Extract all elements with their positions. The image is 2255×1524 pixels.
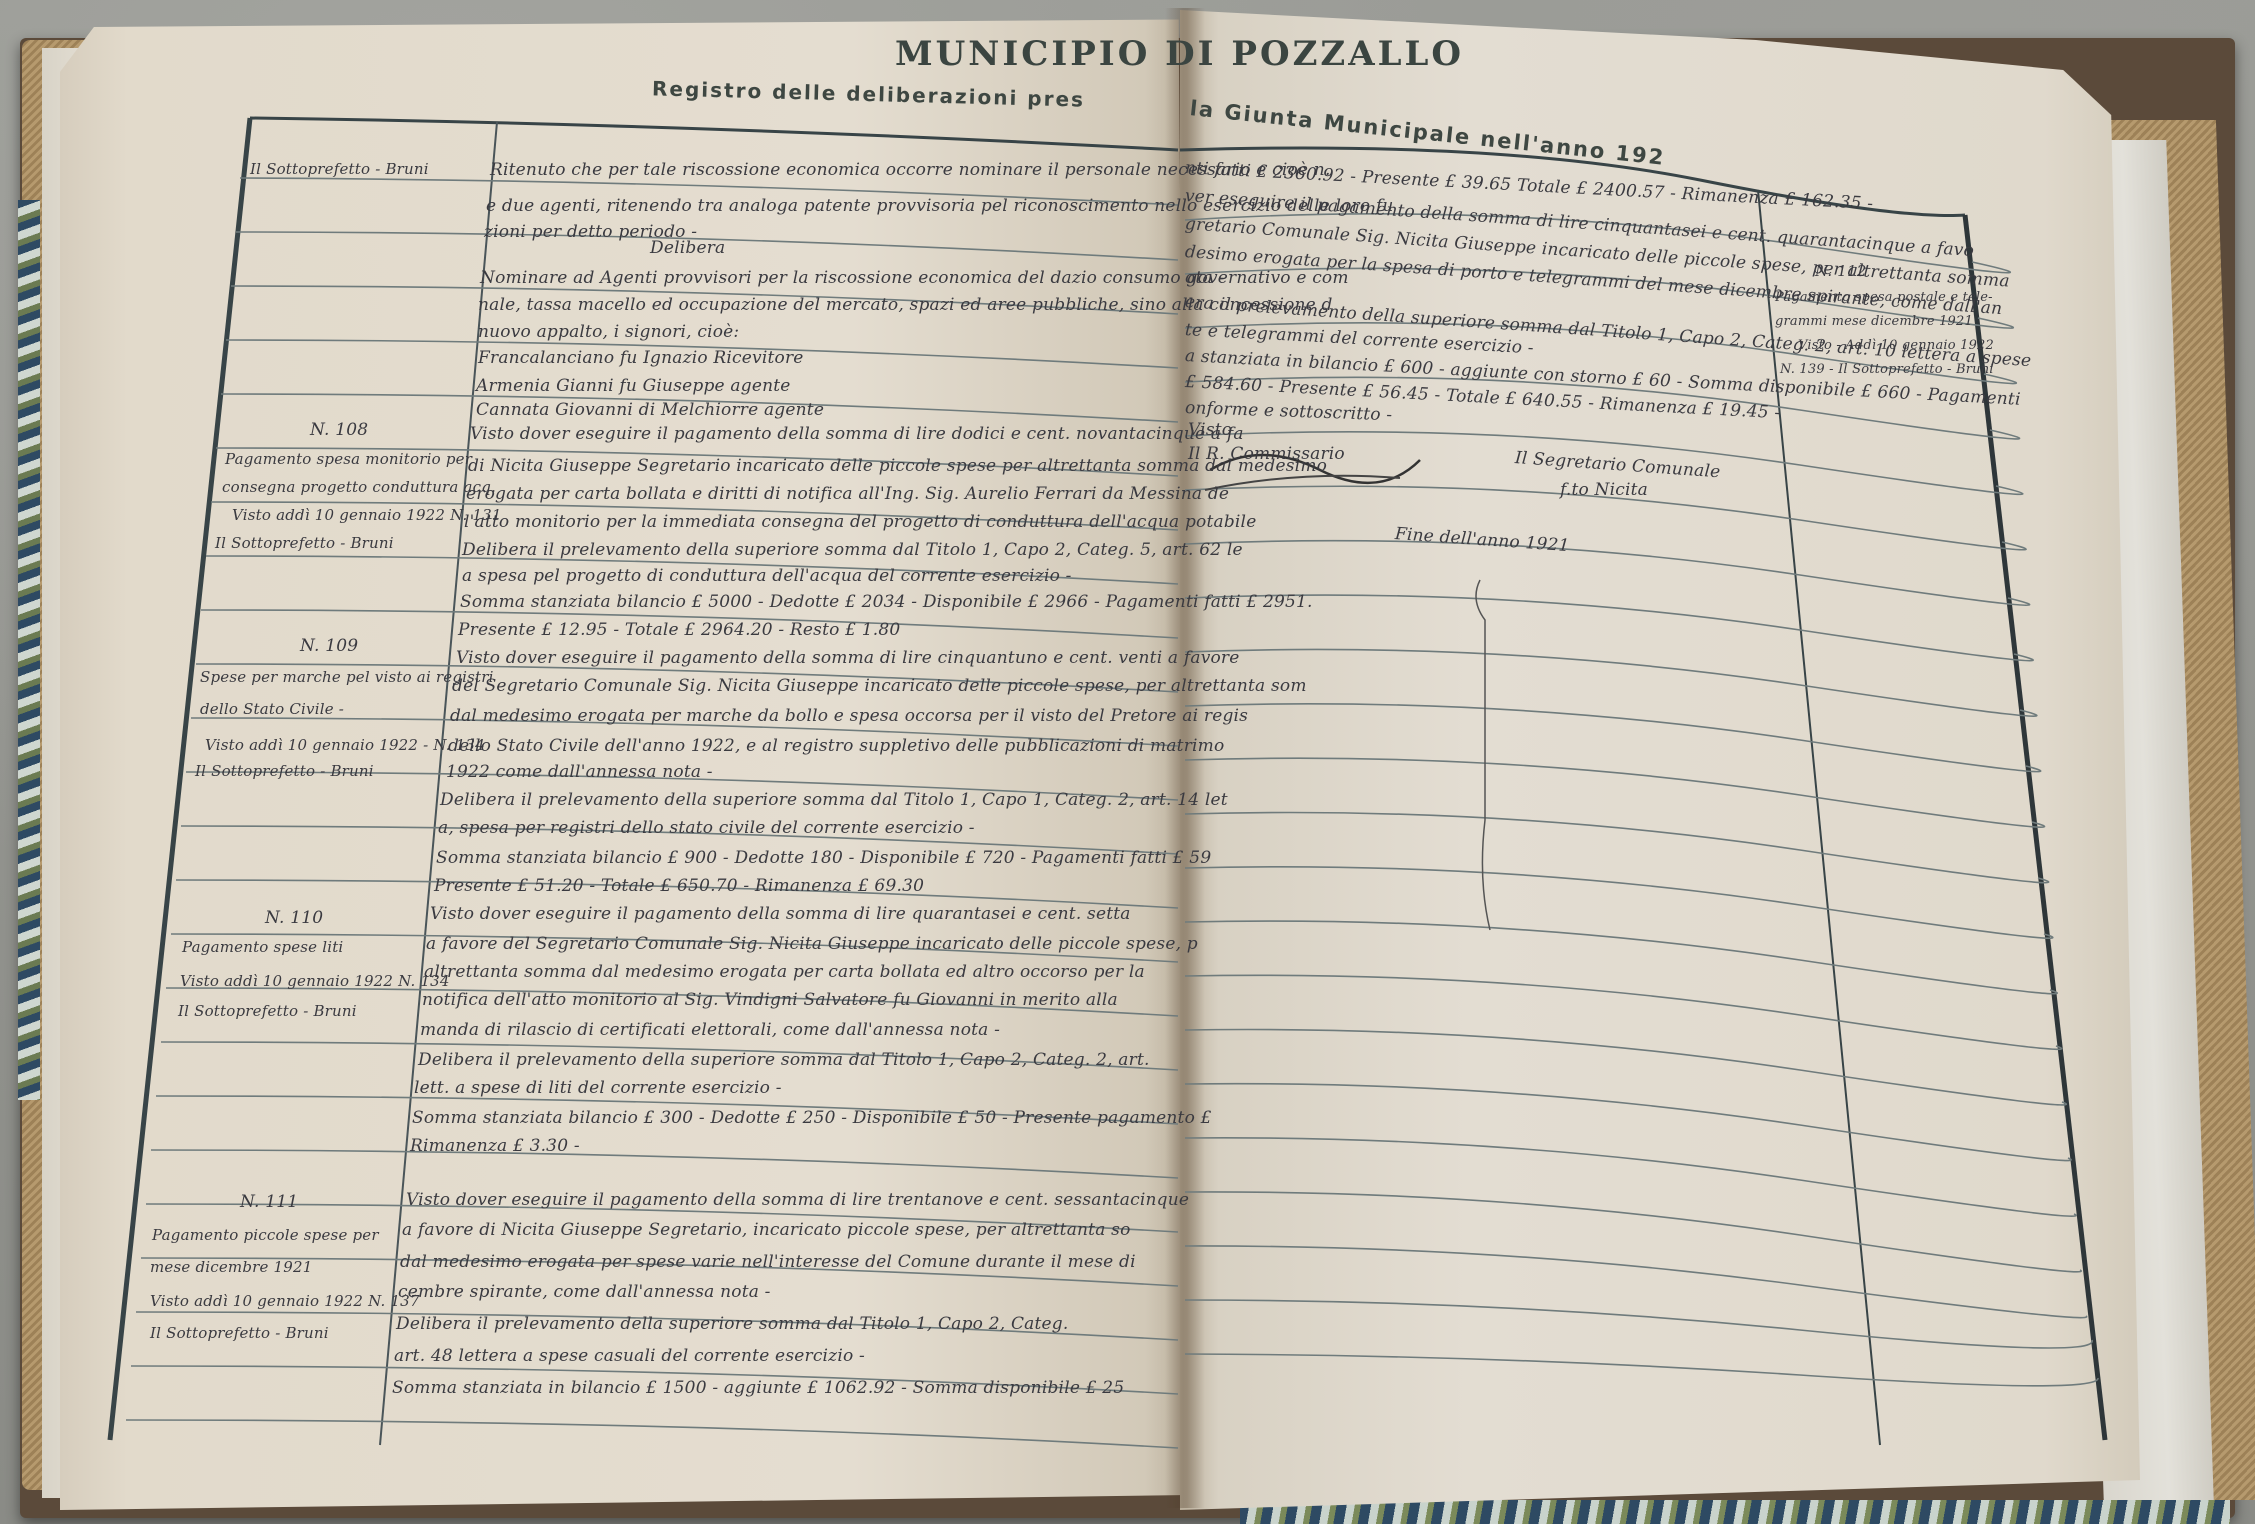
body-line: Delibera il prelevamento della superiore…: [418, 1050, 1150, 1070]
body-line: Rimanenza £ 3.30 -: [410, 1136, 580, 1156]
body-line: a favore del Segretario Comunale Sig. Ni…: [426, 934, 1198, 954]
segretario-signature: f.to Nicita: [1560, 480, 1648, 500]
commissario-label: Il R. Commissario: [1188, 444, 1345, 464]
body-line: l'atto monitorio per la immediata conseg…: [464, 512, 1256, 532]
body-line: Francalanciano fu Ignazio Ricevitore: [478, 348, 804, 368]
body-line: dal medesimo erogata per marche da bollo…: [450, 706, 1248, 726]
body-line: Cannata Giovanni di Melchiorre agente: [476, 400, 824, 420]
body-line: a, spesa per registri dello stato civile…: [438, 818, 975, 838]
margin-note-111-line: Pagamento piccole spese per: [152, 1226, 379, 1244]
margin-note-109-line: Spese per marche pel visto ai registri: [200, 668, 494, 686]
margin-note-111-line: mese dicembre 1921: [150, 1258, 313, 1276]
entry-number-108: N. 108: [310, 420, 368, 440]
margin-note-112-line: Pagamento spesa postale e tele-: [1775, 290, 1993, 305]
margin-note-108-line: Visto addì 10 gennaio 1922 N. 131: [232, 506, 502, 524]
margin-note-109-line: Il Sottoprefetto - Bruni: [195, 762, 374, 780]
body-line: Somma stanziata bilancio £ 5000 - Dedott…: [460, 592, 1313, 612]
delibera-heading: Delibera: [650, 238, 725, 258]
body-line: 1922 come dall'annessa nota -: [446, 762, 713, 782]
margin-note-112-line: N. 139 - Il Sottoprefetto - Bruni: [1780, 362, 1994, 377]
margin-note-108-line: Pagamento spesa monitorio per: [225, 450, 472, 468]
body-line: Somma stanziata in bilancio £ 1500 - agg…: [392, 1378, 1124, 1398]
body-line: art. 48 lettera a spese casuali del corr…: [394, 1346, 865, 1366]
margin-note-108-line: Il Sottoprefetto - Bruni: [215, 534, 394, 552]
margin-note-111-line: Visto addì 10 gennaio 1922 N. 137: [150, 1292, 420, 1310]
body-line: altrettanta somma dal medesimo erogata p…: [424, 962, 1145, 982]
body-line: notifica dell'atto monitorio al Sig. Vin…: [422, 990, 1118, 1010]
body-line: del Segretario Comunale Sig. Nicita Gius…: [452, 676, 1307, 696]
entry-number-110: N. 110: [265, 908, 323, 928]
body-line: Armenia Gianni fu Giuseppe agente: [476, 376, 791, 396]
body-line: Visto dover eseguire il pagamento della …: [430, 904, 1131, 924]
body-line: Visto dover eseguire il pagamento della …: [406, 1190, 1189, 1210]
margin-note-110-line: Visto addì 10 gennaio 1922 N. 134: [180, 972, 450, 990]
visto-label: Visto: [1188, 420, 1232, 440]
body-line: Somma stanziata bilancio £ 900 - Dedotte…: [436, 848, 1211, 868]
body-line: dello Stato Civile dell'anno 1922, e al …: [448, 736, 1224, 756]
body-line: ota -: [1185, 268, 1224, 288]
margin-note-header: Il Sottoprefetto - Bruni: [250, 160, 429, 178]
body-line: dal medesimo erogata per spese varie nel…: [400, 1252, 1136, 1272]
body-line: cembre spirante, come dall'annessa nota …: [398, 1282, 771, 1302]
body-line: Presente £ 12.95 - Totale £ 2964.20 - Re…: [458, 620, 900, 640]
body-line: manda di rilascio di certificati elettor…: [420, 1020, 1000, 1040]
body-line: Delibera il prelevamento della superiore…: [440, 790, 1228, 810]
margin-note-110-line: Pagamento spese liti: [182, 938, 343, 956]
margin-note-112-line: grammi mese dicembre 1921: [1775, 314, 1973, 329]
entry-number-112: N. 112: [1815, 262, 1867, 280]
margin-note-109-line: Visto addì 10 gennaio 1922 - N. 134: [205, 736, 485, 754]
body-line: nuovo appalto, i signori, cioè:: [478, 322, 739, 342]
body-line: erogata per carta bollata e diritti di n…: [466, 484, 1229, 504]
margin-note-109-line: dello Stato Civile -: [200, 700, 344, 718]
body-line: lett. a spese di liti del corrente eserc…: [414, 1078, 782, 1098]
body-line: a spesa pel progetto di conduttura dell'…: [462, 566, 1072, 586]
body-line: Delibera il prelevamento della superiore…: [462, 540, 1243, 560]
margin-note-111-line: Il Sottoprefetto - Bruni: [150, 1324, 329, 1342]
margin-note-112-line: Visto - Addì 10 gennaio 1922: [1798, 338, 1994, 353]
body-line: Visto dover eseguire il pagamento della …: [456, 648, 1240, 668]
body-line: a favore di Nicita Giuseppe Segretario, …: [402, 1220, 1131, 1240]
margin-note-110-line: Il Sottoprefetto - Bruni: [178, 1002, 357, 1020]
body-line: Presente £ 51.20 - Totale £ 650.70 - Rim…: [434, 876, 924, 896]
entry-number-111: N. 111: [240, 1192, 298, 1212]
body-line: Somma stanziata bilancio £ 300 - Dedotte…: [412, 1108, 1212, 1128]
margin-note-108-line: consegna progetto conduttura acq.: [222, 478, 496, 496]
body-line: Delibera il prelevamento della superiore…: [396, 1314, 1068, 1334]
body-line: Visto dover eseguire il pagamento della …: [470, 424, 1244, 444]
entry-number-109: N. 109: [300, 636, 358, 656]
